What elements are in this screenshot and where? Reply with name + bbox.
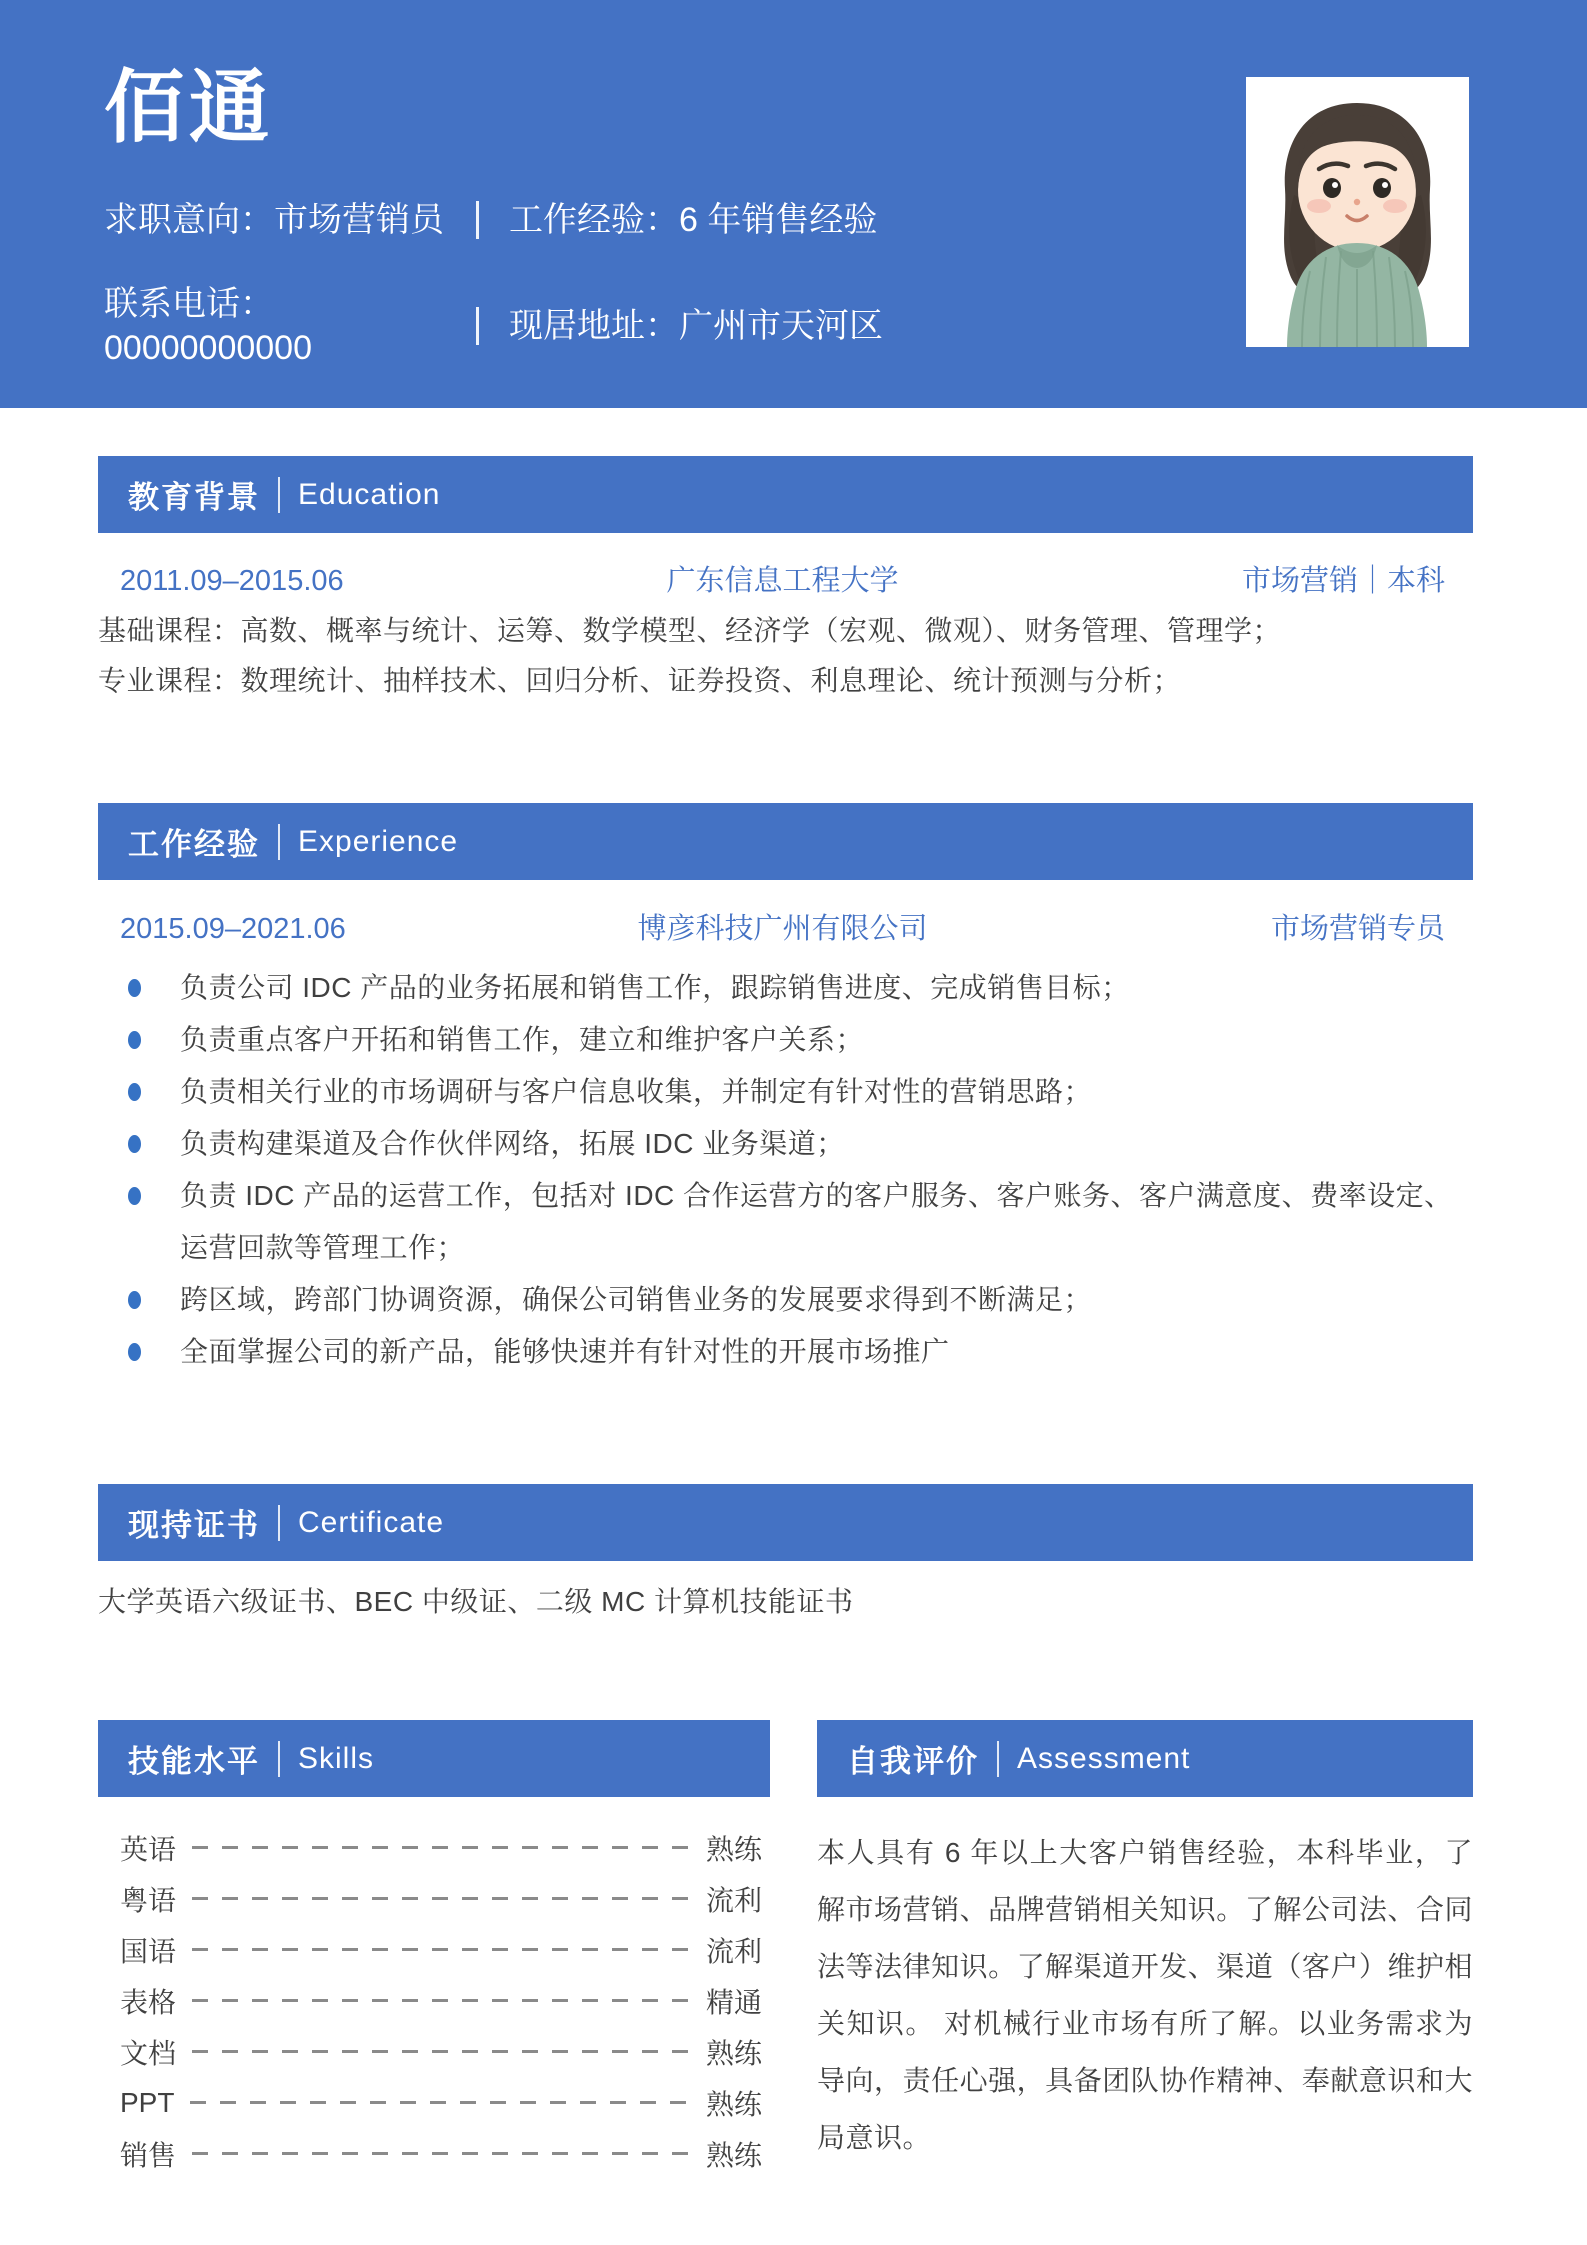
skill-name: 表格 [120, 1981, 176, 2021]
skill-name: 销售 [120, 2134, 176, 2174]
skill-row: 粤语 流利 [98, 1873, 770, 1924]
list-item: 负责公司 IDC 产品的业务拓展和销售工作，跟踪销售进度、完成销售目标； [98, 962, 1473, 1014]
education-major: 市场营销｜本科 [1242, 562, 1445, 600]
section-title-zh: 自我评价 [847, 1736, 979, 1781]
dashed-leader [192, 1846, 690, 1849]
section-title-zh: 现持证书 [128, 1500, 260, 1545]
dashed-leader [192, 1897, 690, 1900]
section-title-en: Skills [298, 1742, 374, 1776]
phone-number: 联系电话：00000000000 [104, 282, 476, 370]
experience-company: 博彦科技广州有限公司 [637, 910, 927, 948]
candidate-name: 佰通 [104, 56, 274, 160]
education-meta-row: 2011.09–2015.06 广东信息工程大学 市场营销｜本科 [98, 562, 1473, 600]
course-line: 基础课程：高数、概率与统计、运筹、数学模型、经济学（宏观、微观）、财务管理、管理… [98, 606, 1473, 656]
skill-level: 流利 [706, 1879, 762, 1919]
skill-row: 表格 精通 [98, 1975, 770, 2026]
divider [476, 201, 479, 239]
list-item: 负责 IDC 产品的运营工作，包括对 IDC 合作运营方的客户服务、客户账务、客… [98, 1170, 1473, 1274]
section-title-zh: 工作经验 [128, 819, 260, 864]
experience-section-header: 工作经验 Experience [98, 803, 1473, 880]
job-intent: 求职意向：市场营销员 [104, 198, 476, 242]
woman-illustration-icon [1246, 77, 1469, 347]
experience-period: 2015.09–2021.06 [120, 910, 637, 948]
assessment-section-header: 自我评价 Assessment [817, 1720, 1473, 1797]
skill-name: 国语 [120, 1930, 176, 1970]
education-section-header: 教育背景 Education [98, 456, 1473, 533]
skill-level: 熟练 [706, 2083, 762, 2123]
header-info-row-2: 联系电话：00000000000 现居地址：广州市天河区 [104, 282, 883, 370]
section-title-zh: 技能水平 [128, 1736, 260, 1781]
skill-row: 国语 流利 [98, 1924, 770, 1975]
skill-name: PPT [120, 2087, 174, 2119]
list-item: 负责构建渠道及合作伙伴网络，拓展 IDC 业务渠道； [98, 1118, 1473, 1170]
section-title-en: Education [298, 478, 440, 512]
skill-row: 文档 熟练 [98, 2026, 770, 2077]
resume-page: 佰通 求职意向：市场营销员 工作经验：6 年销售经验 联系电话：00000000… [0, 0, 1587, 2245]
list-item: 负责相关行业的市场调研与客户信息收集，并制定有针对性的营销思路； [98, 1066, 1473, 1118]
education-school: 广东信息工程大学 [666, 562, 898, 600]
skill-name: 文档 [120, 2032, 176, 2072]
dashed-leader [190, 2101, 690, 2104]
list-item: 负责重点客户开拓和销售工作，建立和维护客户关系； [98, 1014, 1473, 1066]
dashed-leader [192, 1948, 690, 1951]
skills-section-header: 技能水平 Skills [98, 1720, 770, 1797]
experience-bullet-list: 负责公司 IDC 产品的业务拓展和销售工作，跟踪销售进度、完成销售目标； 负责重… [98, 962, 1473, 1378]
list-item: 全面掌握公司的新产品，能够快速并有针对性的开展市场推广 [98, 1326, 1473, 1378]
assessment-text: 本人具有 6 年以上大客户销售经验，本科毕业，了解市场营销、品牌营销相关知识。了… [817, 1824, 1473, 2166]
experience-summary: 工作经验：6 年销售经验 [509, 198, 877, 242]
section-title-en: Experience [298, 825, 458, 859]
skill-name: 英语 [120, 1828, 176, 1868]
dashed-leader [192, 2152, 690, 2155]
divider [278, 1505, 280, 1541]
certificate-section-header: 现持证书 Certificate [98, 1484, 1473, 1561]
skill-row: 英语 熟练 [98, 1822, 770, 1873]
divider [278, 1741, 280, 1777]
section-title-en: Assessment [1017, 1742, 1190, 1776]
certificate-text: 大学英语六级证书、BEC 中级证、二级 MC 计算机技能证书 [98, 1584, 1473, 1620]
skill-level: 流利 [706, 1930, 762, 1970]
skills-list: 英语 熟练 粤语 流利 国语 流利 表格 精通 文档 熟练 PPT 熟练 [98, 1822, 770, 2179]
education-courses: 基础课程：高数、概率与统计、运筹、数学模型、经济学（宏观、微观）、财务管理、管理… [98, 606, 1473, 706]
divider [278, 824, 280, 860]
list-item: 跨区域，跨部门协调资源，确保公司销售业务的发展要求得到不断满足； [98, 1274, 1473, 1326]
skill-row: 销售 熟练 [98, 2128, 770, 2179]
divider [476, 307, 479, 345]
dashed-leader [192, 1999, 690, 2002]
skill-level: 熟练 [706, 2032, 762, 2072]
avatar [1246, 77, 1469, 347]
dashed-leader [192, 2050, 690, 2053]
course-line: 专业课程：数理统计、抽样技术、回归分析、证券投资、利息理论、统计预测与分析； [98, 656, 1473, 706]
education-period: 2011.09–2015.06 [120, 562, 666, 600]
section-title-en: Certificate [298, 1506, 444, 1540]
experience-role: 市场营销专员 [1271, 910, 1445, 948]
section-title-zh: 教育背景 [128, 472, 260, 517]
header: 佰通 求职意向：市场营销员 工作经验：6 年销售经验 联系电话：00000000… [0, 0, 1587, 408]
header-info-row-1: 求职意向：市场营销员 工作经验：6 年销售经验 [104, 198, 877, 242]
current-address: 现居地址：广州市天河区 [509, 304, 883, 348]
skill-level: 熟练 [706, 2134, 762, 2174]
skill-level: 精通 [706, 1981, 762, 2021]
skill-level: 熟练 [706, 1828, 762, 1868]
experience-meta-row: 2015.09–2021.06 博彦科技广州有限公司 市场营销专员 [98, 910, 1473, 948]
skill-name: 粤语 [120, 1879, 176, 1919]
divider [997, 1741, 999, 1777]
divider [278, 477, 280, 513]
skill-row: PPT 熟练 [98, 2077, 770, 2128]
